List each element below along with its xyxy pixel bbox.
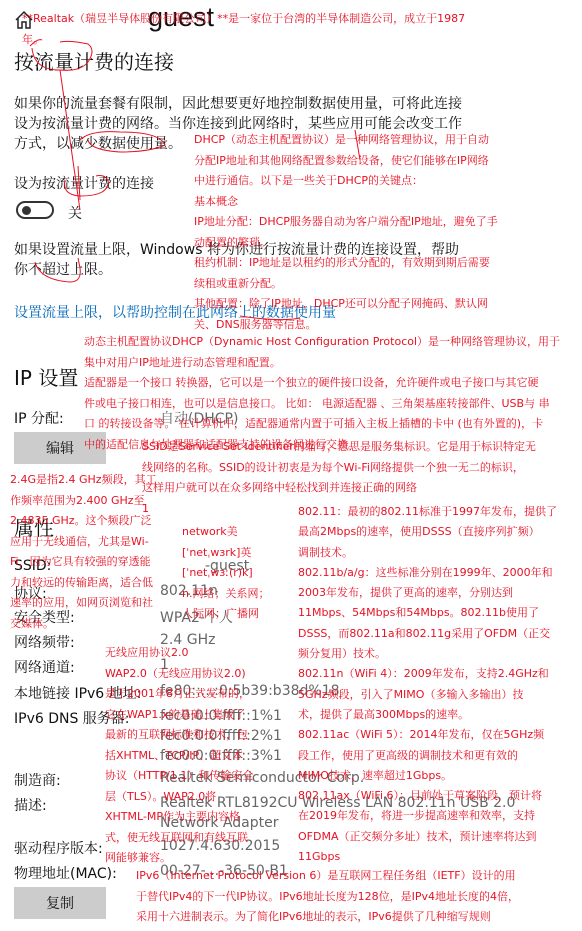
toggle-state-label: 关 <box>68 203 82 223</box>
annotation-line: 段工作，使用了更高级的调制技术和更有效的 <box>298 746 557 766</box>
annotation-line: 802.11：最初的802.11标准于1997年发布，提供了 <box>298 502 557 522</box>
annotation-line: 802.11b/a/g：这些标准分别在1999年、2000年和 <box>298 563 557 583</box>
annotation-line: 在2019年发布，将进一步提高速率和效率，支持 <box>298 806 557 826</box>
prop-label-manufacturer: 制造商: <box>14 770 61 790</box>
annotation-line: 线网络的名称。SSID的设计初衷是为每个Wi-Fi网络提供一个独一无二的标识， <box>142 458 536 479</box>
desc-line: 如果你的流量套餐有限制，因此想要更好地控制数据使用量，可将此连接 <box>14 94 462 114</box>
annotation-line: 租约机制：IP地址是以租约的形式分配的，有效期到期后需要 <box>194 253 498 274</box>
annotation-line: 最新的互联网标准和技术，包 <box>105 725 253 746</box>
annotation-line: 2.4835 GHz。这个频段广泛 <box>10 511 157 532</box>
annotation-line: Fi，因为它具有较强的穿透能 <box>10 552 157 573</box>
annotation-line: WAP2.0（无线应用协议2.0) <box>105 664 253 685</box>
annotation-dhcp-2: 动态主机配置协议DHCP（Dynamic Host Configuration … <box>84 332 560 373</box>
annotation-line: DSSS，而802.11a和802.11g采用了OFDM（正交 <box>298 624 557 644</box>
annotation-line: MIMO技术，速率超过1Gbps。 <box>298 766 557 786</box>
annotation-line: 适配器是一个接口 转换器，它可以是一个独立的硬件接口设备，允许硬件或电子接口与其… <box>84 373 550 394</box>
annotation-line: 5GHz频段，引入了MIMO（多输入多输出）技 <box>298 685 557 705</box>
copy-button[interactable]: 复制 <box>14 887 106 919</box>
metered-heading: 按流量计费的连接 <box>14 46 174 75</box>
annotation-line: 无线应用协议2.0 <box>105 643 253 664</box>
annotation-line: network美 <box>182 522 269 543</box>
annotation-line: [ˈnetˌwɜː(r)k] <box>182 563 269 584</box>
annotation-dhcp-1: DHCP（动态主机配置协议）是一种网络管理协议，用于自动 分配IP地址和其他网络… <box>194 130 498 335</box>
annotation-line: 采用十六进制表示。为了简化IPv6地址的表示，IPv6提供了几种缩写规则 <box>136 907 519 928</box>
annotation-line: 动态主机配置协议DHCP（Dynamic Host Configuration … <box>84 332 560 353</box>
annotation-line: 于替代IPv4的下一代IP协议。IPv6地址长度为128位，是IPv4地址长度的… <box>136 887 519 908</box>
annotation-ipv6: IPv6（Internet Protocol Version 6）是互联网工程任… <box>136 866 519 928</box>
annotation-line: 它在WAP1.x的基础上集成了 <box>105 705 253 726</box>
annotation-line: 续租或重新分配。 <box>194 274 498 295</box>
annotation-line: n.网络；关系网； <box>182 584 269 605</box>
annotation-line: 分配IP地址和其他网络配置参数给设备，使它们能够在IP网络 <box>194 151 498 172</box>
ip-assign-label: IP 分配: <box>14 408 64 428</box>
metered-toggle[interactable] <box>16 201 54 219</box>
annotation-line: 速率的应用，如网页浏览和社 <box>10 593 157 614</box>
annotation-line: 口 的转接设备等。 在计算机中，适配器通常内置于可插入主板上插槽的卡中 (也有外… <box>84 414 550 435</box>
annotation-line: 年。 <box>22 30 465 51</box>
annotation-line: 人际网；广播网 <box>182 604 269 625</box>
annotation-line: 括XHTML、TCP/IP、超文本 <box>105 746 253 767</box>
annotation-line: **Realtak（瑞昱半导体股份有限公司）**是一家位于台湾的半导体制造公司，… <box>22 9 465 30</box>
annotation-line: 基本概念 <box>194 192 498 213</box>
annotation-line: 调制技术。 <box>298 543 557 563</box>
annotation-line: 层（TLS）。WAP2.0将 <box>105 787 253 808</box>
annotation-line: 集中对用户IP地址进行动态管理和配置。 <box>84 353 560 374</box>
prop-label-band: 网络频带: <box>14 632 75 652</box>
annotation-line: 术，提供了最高300Mbps的速率。 <box>298 705 557 725</box>
annotation-line: 作频率范围为2.400 GHz至 <box>10 491 157 512</box>
toggle-knob <box>22 206 31 215</box>
prop-label-description: 描述: <box>14 795 47 815</box>
annotation-line: 11Gbps <box>298 847 557 867</box>
annotation-line: 频分复用）技术。 <box>298 644 557 664</box>
annotation-line: [ˈnetˌwɜrk]英 <box>182 543 269 564</box>
annotation-line: 交媒体。 <box>10 614 157 635</box>
annotation-line: IPv6（Internet Protocol Version 6）是互联网工程任… <box>136 866 519 887</box>
annotation-2-4ghz: 2.4G是指2.4 GHz频段，其工 作频率范围为2.400 GHz至 2.48… <box>10 470 157 634</box>
annotation-line: 这样用户就可以在众多网络中轻松找到并连接正确的网络 <box>142 478 536 499</box>
annotation-line: 件或电子接口相连，也可以是信息接口。 比如： 电源适配器 、三角架基座转接部件、… <box>84 394 550 415</box>
annotation-line: 802.11n（WiFi 4）：2009年发布，支持2.4GHz和 <box>298 664 557 684</box>
annotation-line: 2003年发布，提供了更高的速率，分别达到 <box>298 583 557 603</box>
annotation-line: 802.11ac（WiFi 5）：2014年发布，仅在5GHz频 <box>298 725 557 745</box>
annotation-network: network美 [ˈnetˌwɜrk]英 [ˈnetˌwɜː(r)k] n.网… <box>182 522 269 625</box>
annotation-line: XHTML-MP作为主要内容格 <box>105 807 253 828</box>
annotation-line: OFDMA（正交频分多址）技术，预计速率将达到 <box>298 827 557 847</box>
annotation-wap: 无线应用协议2.0 WAP2.0（无线应用协议2.0) 是于2001年8月正式发… <box>105 643 253 869</box>
annotation-line: 协议（HTTP/1.1）和传输安全 <box>105 766 253 787</box>
prop-label-driver: 驱动程序版本: <box>14 838 103 858</box>
prop-label-channel: 网络通道: <box>14 657 75 677</box>
annotation-line: DHCP（动态主机配置协议）是一种网络管理协议，用于自动 <box>194 130 498 151</box>
annotation-realtek: **Realtak（瑞昱半导体股份有限公司）**是一家位于台湾的半导体制造公司，… <box>22 9 465 50</box>
annotation-line: 力和较远的传输距离，适合低 <box>10 573 157 594</box>
annotation-line: 中进行通信。以下是一些关于DHCP的关键点： <box>194 171 498 192</box>
annotation-line: 式，使无线互联网和有线互联 <box>105 828 253 849</box>
annotation-line: 11Mbps、54Mbps和54Mbps。802.11b使用了 <box>298 603 557 623</box>
annotation-line: 应用于无线通信，尤其是Wi- <box>10 532 157 553</box>
annotation-line: SSID是Service Set Identifier的缩写，意思是服务集标识。… <box>142 437 536 458</box>
annotation-line: 是于2001年8月正式发布的， <box>105 684 253 705</box>
annotation-line: 2.4G是指2.4 GHz频段，其工 <box>10 470 157 491</box>
annotation-line: IP地址分配：DHCP服务器自动为客户端分配IP地址，避免了手 <box>194 212 498 233</box>
annotation-line: 最高2Mbps的速率，使用DSSS（直接序列扩频） <box>298 522 557 542</box>
annotation-wifi-standards: 802.11：最初的802.11标准于1997年发布，提供了 最高2Mbps的速… <box>298 502 557 867</box>
annotation-line: 动配置的繁琐。 <box>194 233 498 254</box>
ip-settings-heading: IP 设置 <box>14 362 78 391</box>
metered-toggle-label: 设为按流量计费的连接 <box>14 174 154 194</box>
annotation-line: 802.11ax（WiFi 6）：目前处于草案阶段，预计将 <box>298 786 557 806</box>
prop-label-mac: 物理地址(MAC): <box>14 863 117 883</box>
annotation-line: 其他配置：除了IP地址，DHCP还可以分配子网掩码、默认网 <box>194 294 498 315</box>
